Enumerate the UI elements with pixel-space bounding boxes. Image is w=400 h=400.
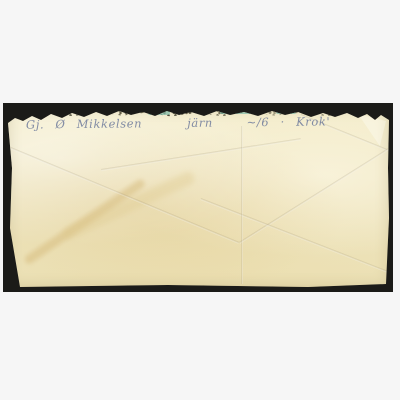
stamp-teal-fragment xyxy=(276,109,296,114)
stain-band xyxy=(61,170,196,242)
vertical-crease-line xyxy=(241,126,243,284)
stamp-teal-fragment xyxy=(220,108,254,114)
envelope-back: Gj. Ø Mikkelsen järn ~/6 · Krok' xyxy=(8,108,389,287)
flap-crease-line xyxy=(101,138,301,171)
flap-crease-line xyxy=(10,147,239,244)
flap-crease-line xyxy=(239,148,389,243)
envelope-photo: Gj. Ø Mikkelsen järn ~/6 · Krok' xyxy=(3,103,393,292)
handwriting-annotation: Gj. Ø Mikkelsen järn ~/6 · Krok' xyxy=(26,114,330,131)
stamp-teal-fragment xyxy=(148,109,170,115)
